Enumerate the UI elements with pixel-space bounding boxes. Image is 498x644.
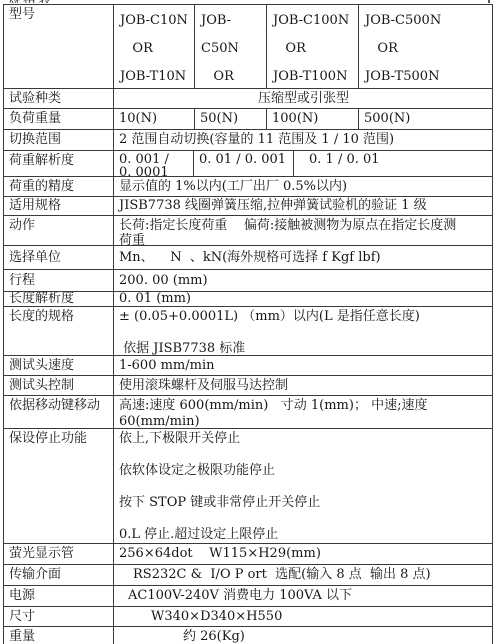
capacity-cell-50n: 50(N) (195, 109, 267, 129)
row-label: 适用规格 (4, 197, 114, 215)
row-value: ± (0.05+0.0001L) （mm）以内(L 是指任意长度) 依据 JIS… (114, 307, 492, 355)
row-value: 约 26(Kg) (114, 627, 492, 644)
spec-row-load-accuracy: 荷重的精度 显示值的 1%以内(工厂出厂 0.5%以内) (4, 177, 492, 197)
spec-row-display: 萤光显示管 256×64dot W115×H29(mm) (4, 544, 492, 565)
capacity-cell-10n: 10(N) (114, 109, 195, 129)
row-value: 2 范围自动切换(容量的 11 范围及 1 / 10 范围) (114, 130, 492, 150)
row-label: 长度解析度 (4, 292, 114, 306)
row-value: 长荷:指定长度荷重 偏荷:接触被测物为原点在指定长度测 荷重 (114, 216, 492, 245)
row-label: 荷重解析度 (4, 151, 114, 176)
spec-row-weight: 重量 约 26(Kg) (4, 627, 492, 644)
spec-row-head-control: 测试头控制 使用滚珠螺杆及伺服马达控制 (4, 376, 492, 396)
resolution-cell-3: 0. 1 / 0. 01 (294, 151, 492, 176)
capacity-cell-100n: 100(N) (267, 109, 359, 129)
capacity-cell-500n: 500(N) (359, 109, 492, 129)
model-cell-500n: JOB-C500N OR JOB-T500N (359, 5, 492, 88)
spec-row-unit-selection: 选择单位 Mn、 N 、kN(海外规格可选择 f Kgf lbf) (4, 246, 492, 270)
row-value: 使用滚珠螺杆及伺服马达控制 (114, 376, 492, 395)
spec-row-dimensions: 尺寸 W340×D340×H550 (4, 607, 492, 627)
clipped-page-text: 规格表 (8, 0, 78, 3)
row-value: 256×64dot W115×H29(mm) (114, 544, 492, 564)
clipped-border-fragment (488, 0, 490, 3)
model-cell-50n: JOB-C50N OR JOB-T50N (195, 5, 267, 88)
row-label: 荷重的精度 (4, 177, 114, 196)
resolution-cell-1: 0. 001 / 0. 0001 (114, 151, 194, 176)
row-label: 依据移动键移动 (4, 396, 114, 428)
row-value: 高速:速度 600(mm/min) 寸动 1(mm)； 中速;速度 60(mm/… (114, 396, 492, 428)
row-label: 传输介面 (4, 565, 114, 585)
row-value: W340×D340×H550 (114, 607, 492, 626)
spec-row-length-resolution: 长度解析度 0. 01 (mm) (4, 292, 492, 307)
row-label: 长度的规格 (4, 307, 114, 355)
row-value: AC100V-240V 消费电力 100VA 以下 (114, 586, 492, 606)
row-label: 测试头速度 (4, 356, 114, 375)
spec-row-jog-move: 依据移动键移动 高速:速度 600(mm/min) 寸动 1(mm)； 中速;速… (4, 396, 492, 429)
row-label: 试验种类 (4, 89, 114, 108)
spec-row-stroke: 行程 200. 00 (mm) (4, 270, 492, 292)
row-value: 0. 01 (mm) (114, 292, 492, 306)
spec-row-length-spec: 长度的规格 ± (0.05+0.0001L) （mm）以内(L 是指任意长度) … (4, 307, 492, 356)
spec-table: 型号 JOB-C10N OR JOB-T10N JOB-C50N OR JOB-… (3, 4, 493, 644)
spec-row-action: 动作 长荷:指定长度荷重 偏荷:接触被测物为原点在指定长度测 荷重 (4, 216, 492, 246)
row-value: RS232C & I/O P ort 选配(输入 8 点 输出 8 点) (114, 565, 492, 585)
row-label: 尺寸 (4, 607, 114, 626)
resolution-cell-2: 0. 01 / 0. 001 (194, 151, 294, 176)
row-value: 依上,下极限开关停止 依软体设定之极限功能停止 按下 STOP 键或非常停止开关… (114, 429, 492, 543)
model-cell-10n: JOB-C10N OR JOB-T10N (114, 5, 195, 88)
spec-row-switch-range: 切换范围 2 范围自动切换(容量的 11 范围及 1 / 10 范围) (4, 130, 492, 151)
model-cell-100n: JOB-C100N OR JOB-T100N (267, 5, 359, 88)
row-value: 1-600 mm/min (114, 356, 492, 375)
spec-row-test-type: 试验种类 压缩型或引张型 (4, 89, 492, 109)
row-value: JISB7738 线圈弹簧压缩,拉伸弹簧试验机的验证 1 级 (114, 197, 492, 215)
row-label: 保设停止功能 (4, 429, 114, 543)
spec-row-model: 型号 JOB-C10N OR JOB-T10N JOB-C50N OR JOB-… (4, 5, 492, 89)
row-label: 行程 (4, 270, 114, 291)
row-label: 测试头控制 (4, 376, 114, 395)
spec-row-stop-function: 保设停止功能 依上,下极限开关停止 依软体设定之极限功能停止 按下 STOP 键… (4, 429, 492, 544)
row-label: 切换范围 (4, 130, 114, 150)
row-value: 200. 00 (mm) (114, 270, 492, 291)
row-value: 压缩型或引张型 (114, 89, 492, 108)
row-label: 动作 (4, 216, 114, 245)
row-label: 负荷重量 (4, 109, 114, 129)
row-label: 重量 (4, 627, 114, 644)
spec-row-applicable-standard: 适用规格 JISB7738 线圈弹簧压缩,拉伸弹簧试验机的验证 1 级 (4, 197, 492, 216)
spec-row-head-speed: 测试头速度 1-600 mm/min (4, 356, 492, 376)
row-value: 显示值的 1%以内(工厂出厂 0.5%以内) (114, 177, 492, 196)
spec-row-load-capacity: 负荷重量 10(N) 50(N) 100(N) 500(N) (4, 109, 492, 130)
row-label: 选择单位 (4, 246, 114, 269)
spec-row-interface: 传输介面 RS232C & I/O P ort 选配(输入 8 点 输出 8 点… (4, 565, 492, 586)
spec-row-power: 电源 AC100V-240V 消费电力 100VA 以下 (4, 586, 492, 607)
spec-row-load-resolution: 荷重解析度 0. 001 / 0. 0001 0. 01 / 0. 001 0.… (4, 151, 492, 177)
row-label: 电源 (4, 586, 114, 606)
row-label: 萤光显示管 (4, 544, 114, 564)
row-label: 型号 (4, 5, 114, 88)
row-value: Mn、 N 、kN(海外规格可选择 f Kgf lbf) (114, 246, 492, 269)
